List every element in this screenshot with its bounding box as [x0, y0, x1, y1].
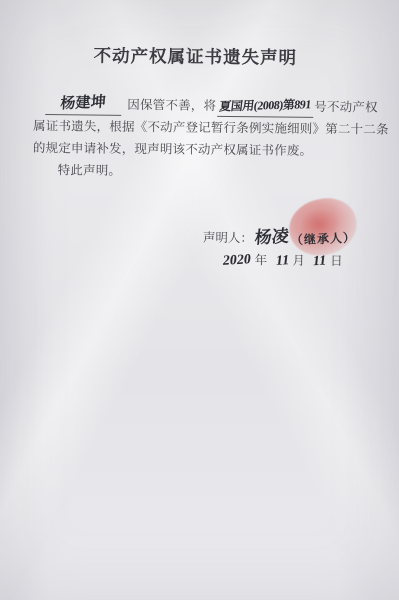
handwritten-signature: 杨凌 [254, 221, 290, 248]
handwritten-month: 11 [274, 253, 289, 270]
handwritten-certificate-number: 夏国用(2008)第891 [218, 93, 312, 117]
handwritten-year: 2020 [222, 252, 252, 270]
date-line: 2020年11月11日 [203, 250, 378, 271]
day-unit: 日 [330, 254, 347, 268]
body-line-1-text-a: 因保管不善，将 [127, 98, 216, 113]
handwritten-declarant-name: 杨建坤 [60, 91, 107, 115]
handwritten-day: 11 [312, 253, 327, 270]
handwritten-heir-note: （继承人） [291, 229, 357, 249]
body-line-4-closing: 特此声明。 [33, 159, 365, 184]
declarant-label: 声明人： [203, 231, 253, 246]
body-line-1-text-b: 号不动产权 [314, 100, 378, 115]
year-unit: 年 [255, 253, 272, 267]
certificate-number-blank-field: 夏国用(2008)第891 [217, 94, 313, 118]
month-unit: 月 [292, 254, 309, 268]
document-title: 不动产权属证书遗失声明 [0, 42, 391, 71]
body-line-1: 杨建坤因保管不善，将夏国用(2008)第891号不动产权 [33, 92, 365, 118]
document-body: 杨建坤因保管不善，将夏国用(2008)第891号不动产权 属证书遗失，根据《不动… [33, 92, 366, 184]
signature-block: 声明人：杨凌（继承人） 2020年11月11日 [203, 222, 378, 271]
declaration-document: 不动产权属证书遗失声明 杨建坤因保管不善，将夏国用(2008)第891号不动产权… [0, 0, 399, 600]
name-blank-field: 杨建坤 [45, 92, 121, 116]
declarant-line: 声明人：杨凌（继承人） [203, 222, 378, 248]
document-photo: 不动产权属证书遗失声明 杨建坤因保管不善，将夏国用(2008)第891号不动产权… [0, 0, 399, 600]
